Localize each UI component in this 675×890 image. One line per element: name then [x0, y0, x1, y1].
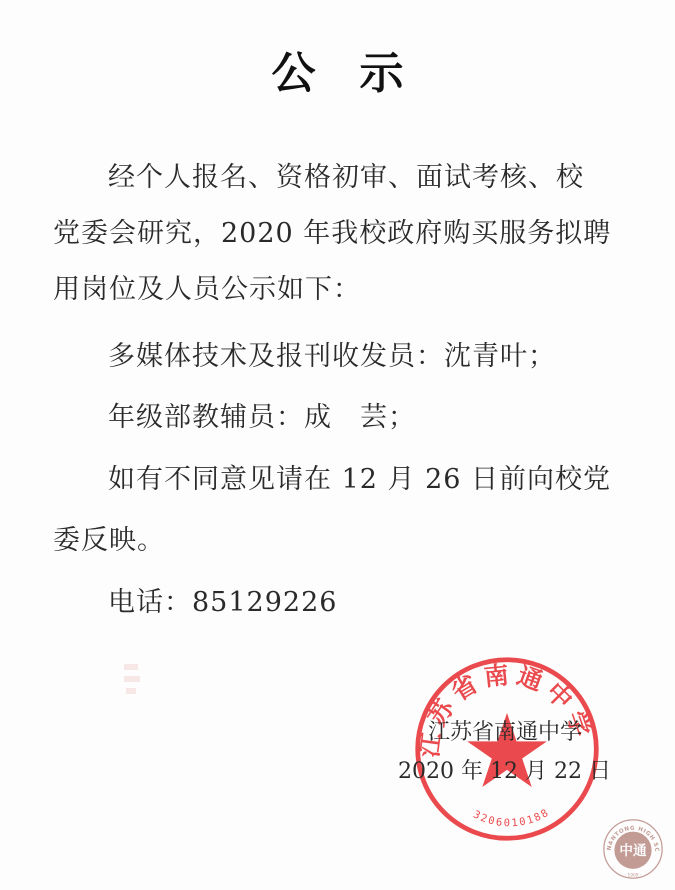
body-line-3: 用岗位及人员公示如下：: [53, 272, 361, 308]
position-entry-grade-assistant: 年级部教辅员：成 芸；: [108, 400, 416, 436]
objection-line-1: 如有不同意见请在 12 月 26 日前向校党: [108, 462, 611, 498]
official-seal-icon: 江苏省南通中学 3206010188: [412, 654, 602, 844]
signature-date: 2020 年 12 月 22 日: [398, 757, 611, 787]
position-entry-multimedia: 多媒体技术及报刊收发员：沈青叶；: [108, 339, 556, 375]
svg-text:· 1909 ·: · 1909 ·: [625, 872, 642, 878]
signature-organization: 江苏省南通中学: [428, 718, 582, 748]
school-logo-icon: NANTONG HIGH SCHOOL 中通 · 1909 ·: [602, 818, 664, 880]
faint-stamp-mark: [120, 660, 144, 700]
svg-text:3206010188: 3206010188: [471, 806, 552, 829]
document-title: 公示: [0, 44, 675, 104]
objection-line-2: 委反映。: [53, 523, 165, 559]
notice-document: 公示 经个人报名、资格初审、面试考核、校 党委会研究，2020 年我校政府购买服…: [0, 0, 675, 890]
phone-line: 电话：85129226: [108, 585, 337, 621]
body-line-1: 经个人报名、资格初审、面试考核、校: [108, 160, 584, 196]
body-line-2: 党委会研究，2020 年我校政府购买服务拟聘: [53, 216, 611, 252]
svg-text:中通: 中通: [619, 842, 647, 859]
